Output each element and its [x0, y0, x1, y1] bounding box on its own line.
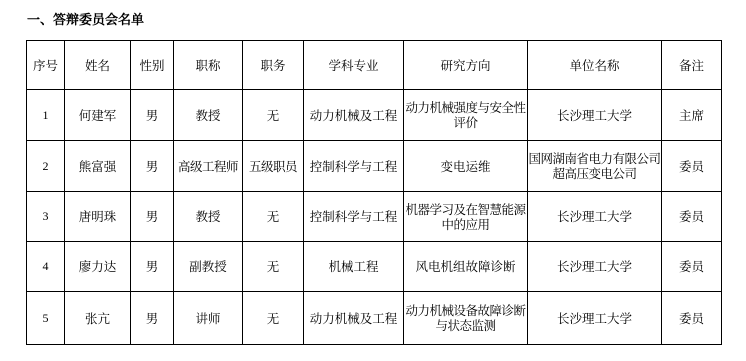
table-row: 3 唐明珠 男 教授 无 控制科学与工程 机器学习及在智慧能源中的应用 长沙理工… — [27, 192, 722, 242]
table-row: 2 熊富强 男 高级工程师 五级职员 控制科学与工程 变电运维 国网湖南省电力有… — [27, 141, 722, 192]
header-research: 研究方向 — [404, 41, 528, 90]
cell-position: 五级职员 — [243, 141, 304, 192]
committee-table: 序号 姓名 性别 职称 职务 学科专业 研究方向 单位名称 备注 1 何建军 男… — [26, 40, 722, 345]
cell-title: 教授 — [174, 90, 243, 141]
header-remark: 备注 — [662, 41, 722, 90]
cell-name: 唐明珠 — [65, 192, 131, 242]
cell-remark: 委员 — [662, 192, 722, 242]
cell-unit: 长沙理工大学 — [528, 292, 662, 345]
cell-name: 张亢 — [65, 292, 131, 345]
cell-name: 熊富强 — [65, 141, 131, 192]
cell-gender: 男 — [131, 90, 174, 141]
table-row: 1 何建军 男 教授 无 动力机械及工程 动力机械强度与安全性评价 长沙理工大学… — [27, 90, 722, 141]
table-row: 5 张亢 男 讲师 无 动力机械及工程 动力机械设备故障诊断与状态监测 长沙理工… — [27, 292, 722, 345]
header-row: 序号 姓名 性别 职称 职务 学科专业 研究方向 单位名称 备注 — [27, 41, 722, 90]
cell-name: 何建军 — [65, 90, 131, 141]
header-unit: 单位名称 — [528, 41, 662, 90]
cell-remark: 委员 — [662, 292, 722, 345]
cell-title: 讲师 — [174, 292, 243, 345]
cell-discipline: 控制科学与工程 — [304, 192, 404, 242]
header-title: 职称 — [174, 41, 243, 90]
cell-remark: 委员 — [662, 141, 722, 192]
cell-position: 无 — [243, 192, 304, 242]
cell-gender: 男 — [131, 192, 174, 242]
cell-position: 无 — [243, 242, 304, 292]
header-gender: 性别 — [131, 41, 174, 90]
cell-no: 4 — [27, 242, 65, 292]
cell-name: 廖力达 — [65, 242, 131, 292]
cell-position: 无 — [243, 90, 304, 141]
cell-unit: 长沙理工大学 — [528, 242, 662, 292]
header-position: 职务 — [243, 41, 304, 90]
cell-no: 2 — [27, 141, 65, 192]
header-discipline: 学科专业 — [304, 41, 404, 90]
cell-no: 3 — [27, 192, 65, 242]
cell-remark: 主席 — [662, 90, 722, 141]
cell-discipline: 机械工程 — [304, 242, 404, 292]
cell-research: 变电运维 — [404, 141, 528, 192]
cell-discipline: 动力机械及工程 — [304, 90, 404, 141]
header-no: 序号 — [27, 41, 65, 90]
cell-remark: 委员 — [662, 242, 722, 292]
cell-research: 动力机械强度与安全性评价 — [404, 90, 528, 141]
cell-title: 高级工程师 — [174, 141, 243, 192]
cell-gender: 男 — [131, 141, 174, 192]
cell-research: 动力机械设备故障诊断与状态监测 — [404, 292, 528, 345]
cell-unit: 国网湖南省电力有限公司超高压变电公司 — [528, 141, 662, 192]
table-row: 4 廖力达 男 副教授 无 机械工程 风电机组故障诊断 长沙理工大学 委员 — [27, 242, 722, 292]
cell-unit: 长沙理工大学 — [528, 90, 662, 141]
cell-position: 无 — [243, 292, 304, 345]
cell-title: 副教授 — [174, 242, 243, 292]
cell-no: 5 — [27, 292, 65, 345]
cell-gender: 男 — [131, 292, 174, 345]
cell-research: 机器学习及在智慧能源中的应用 — [404, 192, 528, 242]
cell-gender: 男 — [131, 242, 174, 292]
cell-title: 教授 — [174, 192, 243, 242]
cell-discipline: 控制科学与工程 — [304, 141, 404, 192]
header-name: 姓名 — [65, 41, 131, 90]
cell-no: 1 — [27, 90, 65, 141]
cell-unit: 长沙理工大学 — [528, 192, 662, 242]
section-title: 一、答辩委员会名单 — [27, 9, 144, 28]
cell-discipline: 动力机械及工程 — [304, 292, 404, 345]
cell-research: 风电机组故障诊断 — [404, 242, 528, 292]
